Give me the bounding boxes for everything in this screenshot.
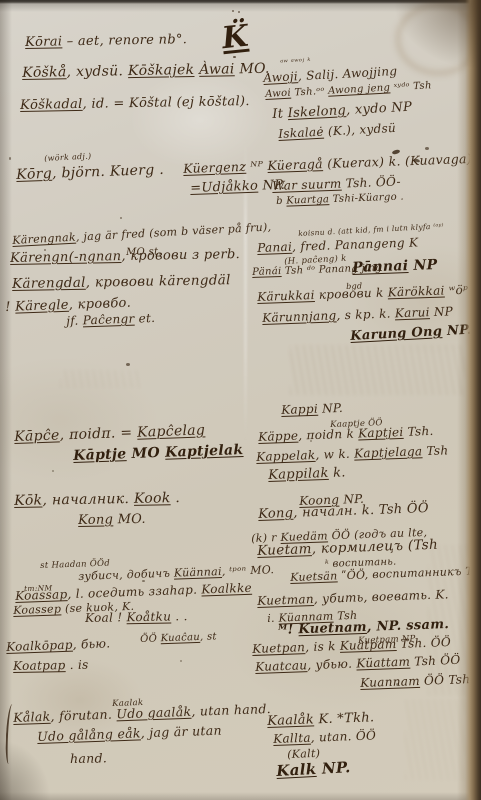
underlined-word: Koassep (13, 602, 61, 617)
ink-showthrough (405, 700, 465, 780)
underlined-word: Käregle (15, 298, 69, 315)
underlined-word: Kuetpan (252, 640, 305, 656)
handwritten-line: Kalk NP. (276, 760, 351, 779)
underlined-word: Kuetman (257, 592, 314, 608)
word: , ᵗᵖᵒⁿ MO. (222, 563, 275, 578)
underlined-word: Pänái (252, 266, 282, 278)
handwritten-line: Kōk, началник. Kook . (14, 491, 180, 508)
underlined-word: Kōškadal (20, 97, 83, 113)
underlined-word: Kaalåk (267, 712, 314, 729)
underlined-word: Kärengdal (12, 275, 86, 292)
handwritten-line: hand. (70, 752, 107, 765)
handwritten-line: Koatpap . is (13, 659, 89, 672)
underlined-word: Kuetam (257, 541, 312, 559)
handwritten-line: Kōškå, xydsü. Kōškajek Àwai MO. (22, 62, 270, 80)
word: , utan hand. (191, 701, 271, 719)
underlined-word: Käppe (258, 429, 299, 444)
word: NP. (318, 401, 343, 416)
underlined-word: Kuaĉau (160, 632, 200, 644)
ink-showthrough (290, 345, 465, 395)
handwritten-line: Koal ! Koåtku . . (85, 610, 188, 624)
word: , бью. (73, 636, 111, 651)
underlined-word: Kappi (281, 402, 318, 417)
underlined-word: Kappelak (256, 448, 316, 464)
underlined-word: Kāptje (73, 446, 127, 464)
ink-speck (142, 580, 145, 582)
handwritten-line: Kōškadal, id. = Kōštal (ej kōštal). (20, 95, 250, 112)
underlined-word: Kōškajek (128, 62, 195, 79)
underlined-word: Kalk (276, 760, 317, 780)
underlined-word: Paĉengr (83, 312, 135, 328)
underlined-word: Iskalaė (278, 125, 324, 141)
underlined-word: Awoji (263, 69, 298, 85)
underlined-word: Kong (78, 512, 113, 528)
underlined-word: Küergenz (183, 159, 246, 176)
word: b (276, 196, 287, 207)
handwritten-line: ᵃʷ ᵃʷᵒʲ ᵏ (280, 57, 311, 67)
underlined-word: Kāpĉe (14, 427, 60, 445)
underlined-word: Küeragå (267, 156, 323, 173)
ink-speck (126, 363, 130, 366)
underlined-word: =Udjåkko (190, 179, 258, 196)
underlined-word: Kärengn(-ngnan (10, 249, 122, 266)
word: ᵃʷ ᵃʷᵒʲ ᵏ (280, 56, 311, 67)
word: , кровови з perb. (121, 247, 240, 264)
page-edge-left-shadow (0, 0, 12, 800)
section-letter-heading: K̈ (220, 19, 250, 57)
word: , убью. (307, 656, 357, 672)
underlined-word: Awoi (265, 88, 291, 100)
word: . (170, 490, 180, 506)
handwritten-line: Kappi NP. (281, 402, 343, 416)
handwritten-line: =Udjåkko NP. (190, 179, 285, 195)
word: MO (126, 445, 165, 462)
word: k. (328, 465, 346, 481)
underlined-word: Kōrg (16, 166, 52, 183)
word: hand. (70, 750, 107, 766)
word: Tsh.ᵒᵒ (291, 86, 329, 99)
handwritten-line: Kōrai – aet, renore nb°. (25, 33, 187, 49)
word: Tsh. ÖÖ- (341, 175, 401, 191)
page-edge-bottom-shadow (0, 792, 481, 800)
underlined-word: Àwai (199, 61, 235, 78)
ink-speck (44, 249, 46, 251)
underlined-word: Kaptjelak (165, 442, 244, 461)
word: – aet, renore nb°. (62, 32, 187, 49)
word: jf. (66, 313, 83, 328)
underlined-word: Kōk (14, 493, 43, 509)
ink-speck (120, 217, 122, 219)
word: , is k (305, 639, 340, 654)
word: , id. = Kōštal (ej kōštal). (82, 94, 249, 112)
word: (Kalt) (287, 747, 321, 761)
underlined-word: Koassap (15, 587, 68, 603)
underlined-word: Kuannam (360, 674, 420, 690)
underlined-word: Koatpap (13, 658, 66, 673)
underlined-word: Kaptjei (358, 425, 404, 441)
ink-speck (310, 440, 312, 442)
underlined-word: Kook (134, 490, 171, 507)
word: , s kp. k. (336, 306, 395, 322)
underlined-word: Kōrai (25, 34, 62, 50)
underlined-word: Kuatcau (255, 658, 308, 674)
word: , jag är utan (140, 723, 222, 741)
underlined-word: Panai (257, 240, 292, 255)
underlined-word: War suurm (272, 177, 342, 193)
word: кровови k (314, 285, 387, 302)
word: It (272, 106, 288, 122)
underlined-word: Kaptjelaga (354, 444, 423, 460)
word: ᴹ! (278, 622, 299, 638)
word: Tsh ÖÖ (410, 653, 461, 669)
word: Tsh. (403, 424, 434, 439)
ink-speck (52, 470, 54, 472)
underlined-word: Kuetsän (290, 569, 338, 584)
underlined-word: Kong (258, 506, 294, 522)
underlined-word: Kallta (273, 731, 311, 746)
word: ᴺᴾ (246, 158, 268, 174)
ink-speck (180, 660, 182, 662)
handwritten-line: Kallta, utan. ÖÖ (273, 729, 376, 745)
word: , xydsü. (66, 63, 128, 80)
word: , NP. ssam. (367, 617, 450, 635)
handwritten-line: Pānnai NP (352, 258, 438, 275)
word: ÖÖ (140, 633, 161, 645)
underlined-word: Kärukkai (257, 288, 315, 304)
word: , ποidπ. = (59, 425, 137, 444)
word: , förutan. (50, 706, 116, 723)
word: NP (430, 304, 454, 319)
underlined-word: Kålak (13, 709, 51, 725)
handwritten-line: Kong MO. (78, 513, 146, 527)
underlined-word: Koalkōpap (6, 638, 73, 654)
underlined-word: Kuartga (286, 194, 329, 206)
underlined-word: Kärökkai (387, 283, 444, 299)
word: NP (408, 257, 438, 274)
underlined-word: Koalkke (201, 581, 252, 597)
ink-speck (425, 147, 429, 150)
book-edge-right (457, 0, 481, 800)
word: . . (171, 609, 188, 623)
underlined-word: Iskelong (287, 103, 346, 121)
word: . is (65, 658, 88, 672)
word: , началник. (42, 491, 134, 509)
word: ˣʸᵈᵒ Tsh (390, 80, 432, 93)
handwritten-line: Kaalåk K. *Tkh. (267, 711, 375, 728)
ink-speck (233, 56, 236, 58)
handwritten-line: jf. Paĉengr et. (66, 312, 155, 327)
handwritten-line: Kuannam ÖÖ Tsh (360, 673, 470, 689)
word: , кровбо. (69, 296, 132, 313)
word: MO. (113, 512, 146, 528)
word: , кровови kärengdäl (86, 272, 231, 291)
corner-shadow-bottom-left (0, 735, 55, 800)
underlined-word: Kōškå (22, 64, 67, 81)
word: Koal ! (85, 610, 127, 625)
word: , st (200, 631, 217, 643)
handwritten-line: Koalkōpap, бью. (6, 637, 111, 653)
ink-showthrough (60, 370, 140, 388)
underlined-word: Karui (395, 305, 430, 320)
underlined-word: Udo gaalåk (116, 704, 191, 722)
word: et. (134, 311, 155, 326)
ink-speck (396, 683, 399, 686)
scanned-manuscript-photo: K̈ Kōrai – aet, renore nb°.Kōškå, xydsü.… (0, 0, 481, 800)
word: Tsh (422, 443, 449, 458)
underlined-word: Küattam (356, 655, 410, 671)
word: K. *Tkh. (314, 710, 375, 727)
underlined-word: Kapĉelag (137, 422, 206, 440)
corner-shadow-top-right (386, 0, 481, 75)
underlined-word: Pānnai (352, 258, 409, 276)
word: NP. (316, 758, 351, 778)
underlined-word: Kuatpam (340, 637, 397, 653)
word: , ποidn k (298, 427, 358, 443)
underlined-word: Küännai (174, 565, 222, 580)
word: , w k. (315, 447, 354, 462)
handwritten-line: Kappilak k. (268, 466, 346, 482)
underlined-word: Koåtku (126, 609, 171, 624)
underlined-word: Kuetnam (298, 620, 367, 637)
word: Tsh. ÖÖ (396, 635, 451, 651)
underlined-word: Kappilak (268, 466, 329, 483)
handwritten-line: (Kalt) (287, 748, 320, 760)
word: , utan. ÖÖ (311, 728, 377, 744)
underlined-word: Kärunnjang (262, 308, 337, 325)
